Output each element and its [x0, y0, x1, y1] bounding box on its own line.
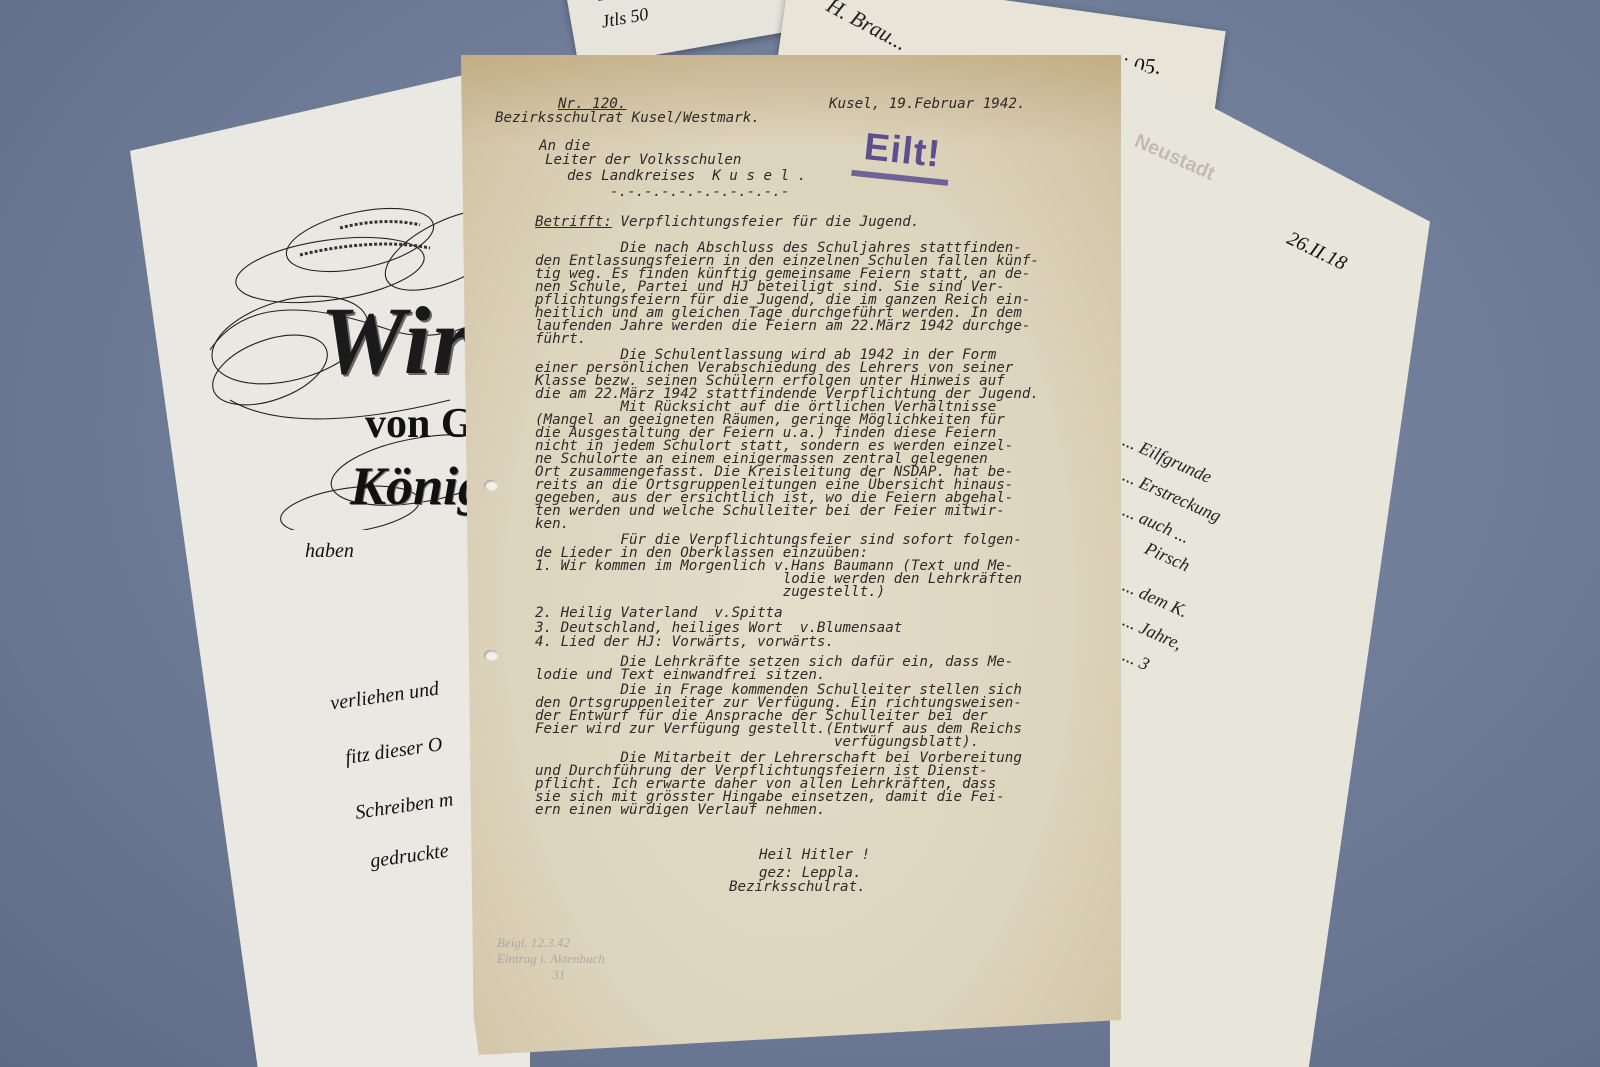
certificate-koenig-line: König — [350, 455, 485, 517]
song-line: zugestellt.) — [535, 585, 885, 599]
military-form-number: Jtls 50 — [600, 4, 650, 33]
subject-label: Betrifft: — [535, 214, 612, 230]
body-line: laufenden Jahre werden die Feiern am 22.… — [535, 319, 1030, 333]
letter-sender: Bezirksschulrat Kusel/Westmark. — [495, 111, 760, 125]
body-line: ten werden und welche Schulleiter bei de… — [535, 504, 1005, 518]
song-line: 2. Heilig Vaterland v.Spitta — [535, 606, 783, 620]
letter-salutation: H. Brau... — [822, 0, 911, 56]
signature-greeting: Heil Hitler ! — [759, 848, 870, 862]
certificate-handwriting: verliehen und — [329, 677, 441, 715]
subject-line: Betrifft: Verpflichtungsfeier für die Ju… — [535, 215, 919, 229]
certificate-handwriting: gedruckte — [369, 840, 450, 874]
letter-number: Nr. 120. — [558, 97, 626, 111]
body-line: führt. — [535, 332, 586, 346]
punch-hole — [484, 650, 498, 661]
neustadt-letter-sheet: Neustadt 26.II.18 ... Eilfgrunde ... Ers… — [1110, 60, 1430, 1067]
certificate-title: Wir — [320, 285, 472, 396]
separator-line: -.-.-.-.-.-.-.-.-.-.- — [610, 185, 789, 199]
eilt-stamp: Eilt! — [862, 126, 943, 177]
recipient-line: des Landkreises K u s e l . — [567, 169, 806, 183]
certificate-handwriting: haben — [305, 540, 354, 563]
pencil-annotation: Beigl. 12.3.42 Eintrag i. Aktenbuch 31 — [497, 935, 605, 983]
punch-hole — [484, 480, 498, 491]
pencil-note-line: Beigl. 12.3.42 — [497, 935, 570, 950]
typed-letter-sheet: Nr. 120. Kusel, 19.Februar 1942. Bezirks… — [459, 55, 1121, 1055]
pencil-note-line: Eintrag i. Aktenbuch — [497, 951, 605, 966]
military-form-header: III. Bataillons Feldregiments — [596, 0, 731, 4]
signature-name: gez: Leppla. — [759, 866, 862, 880]
body-line: ken. — [535, 517, 569, 531]
letter-place-date: Kusel, 19.Februar 1942. — [829, 97, 1025, 111]
neustadt-date: 26.II.18 — [1283, 227, 1350, 275]
closing-line: lodie und Text einwandfrei sitzen. — [535, 668, 825, 682]
certificate-handwriting: fitz dieser O — [344, 733, 444, 769]
neustadt-stamp: Neustadt — [1131, 130, 1219, 186]
certificate-handwriting: Schreiben m — [354, 788, 455, 825]
recipient-line: Leiter der Volksschulen — [545, 153, 741, 167]
song-line: 3. Deutschland, heiliges Wort v.Blumensa… — [535, 621, 902, 635]
subject-text: Verpflichtungsfeier für die Jugend. — [612, 214, 920, 230]
pencil-note-line: 31 — [497, 967, 565, 982]
signature-title: Bezirksschulrat. — [729, 880, 866, 894]
song-line: 4. Lied der HJ: Vorwärts, vorwärts. — [535, 635, 834, 649]
recipient-line: An die — [539, 139, 590, 153]
closing-line: ern einen würdigen Verlauf nehmen. — [535, 803, 825, 817]
certificate-von-line: von G — [365, 400, 474, 448]
closing-line: verfügungsblatt). — [535, 735, 979, 749]
handwriting-line: ... 3 — [1119, 645, 1152, 675]
